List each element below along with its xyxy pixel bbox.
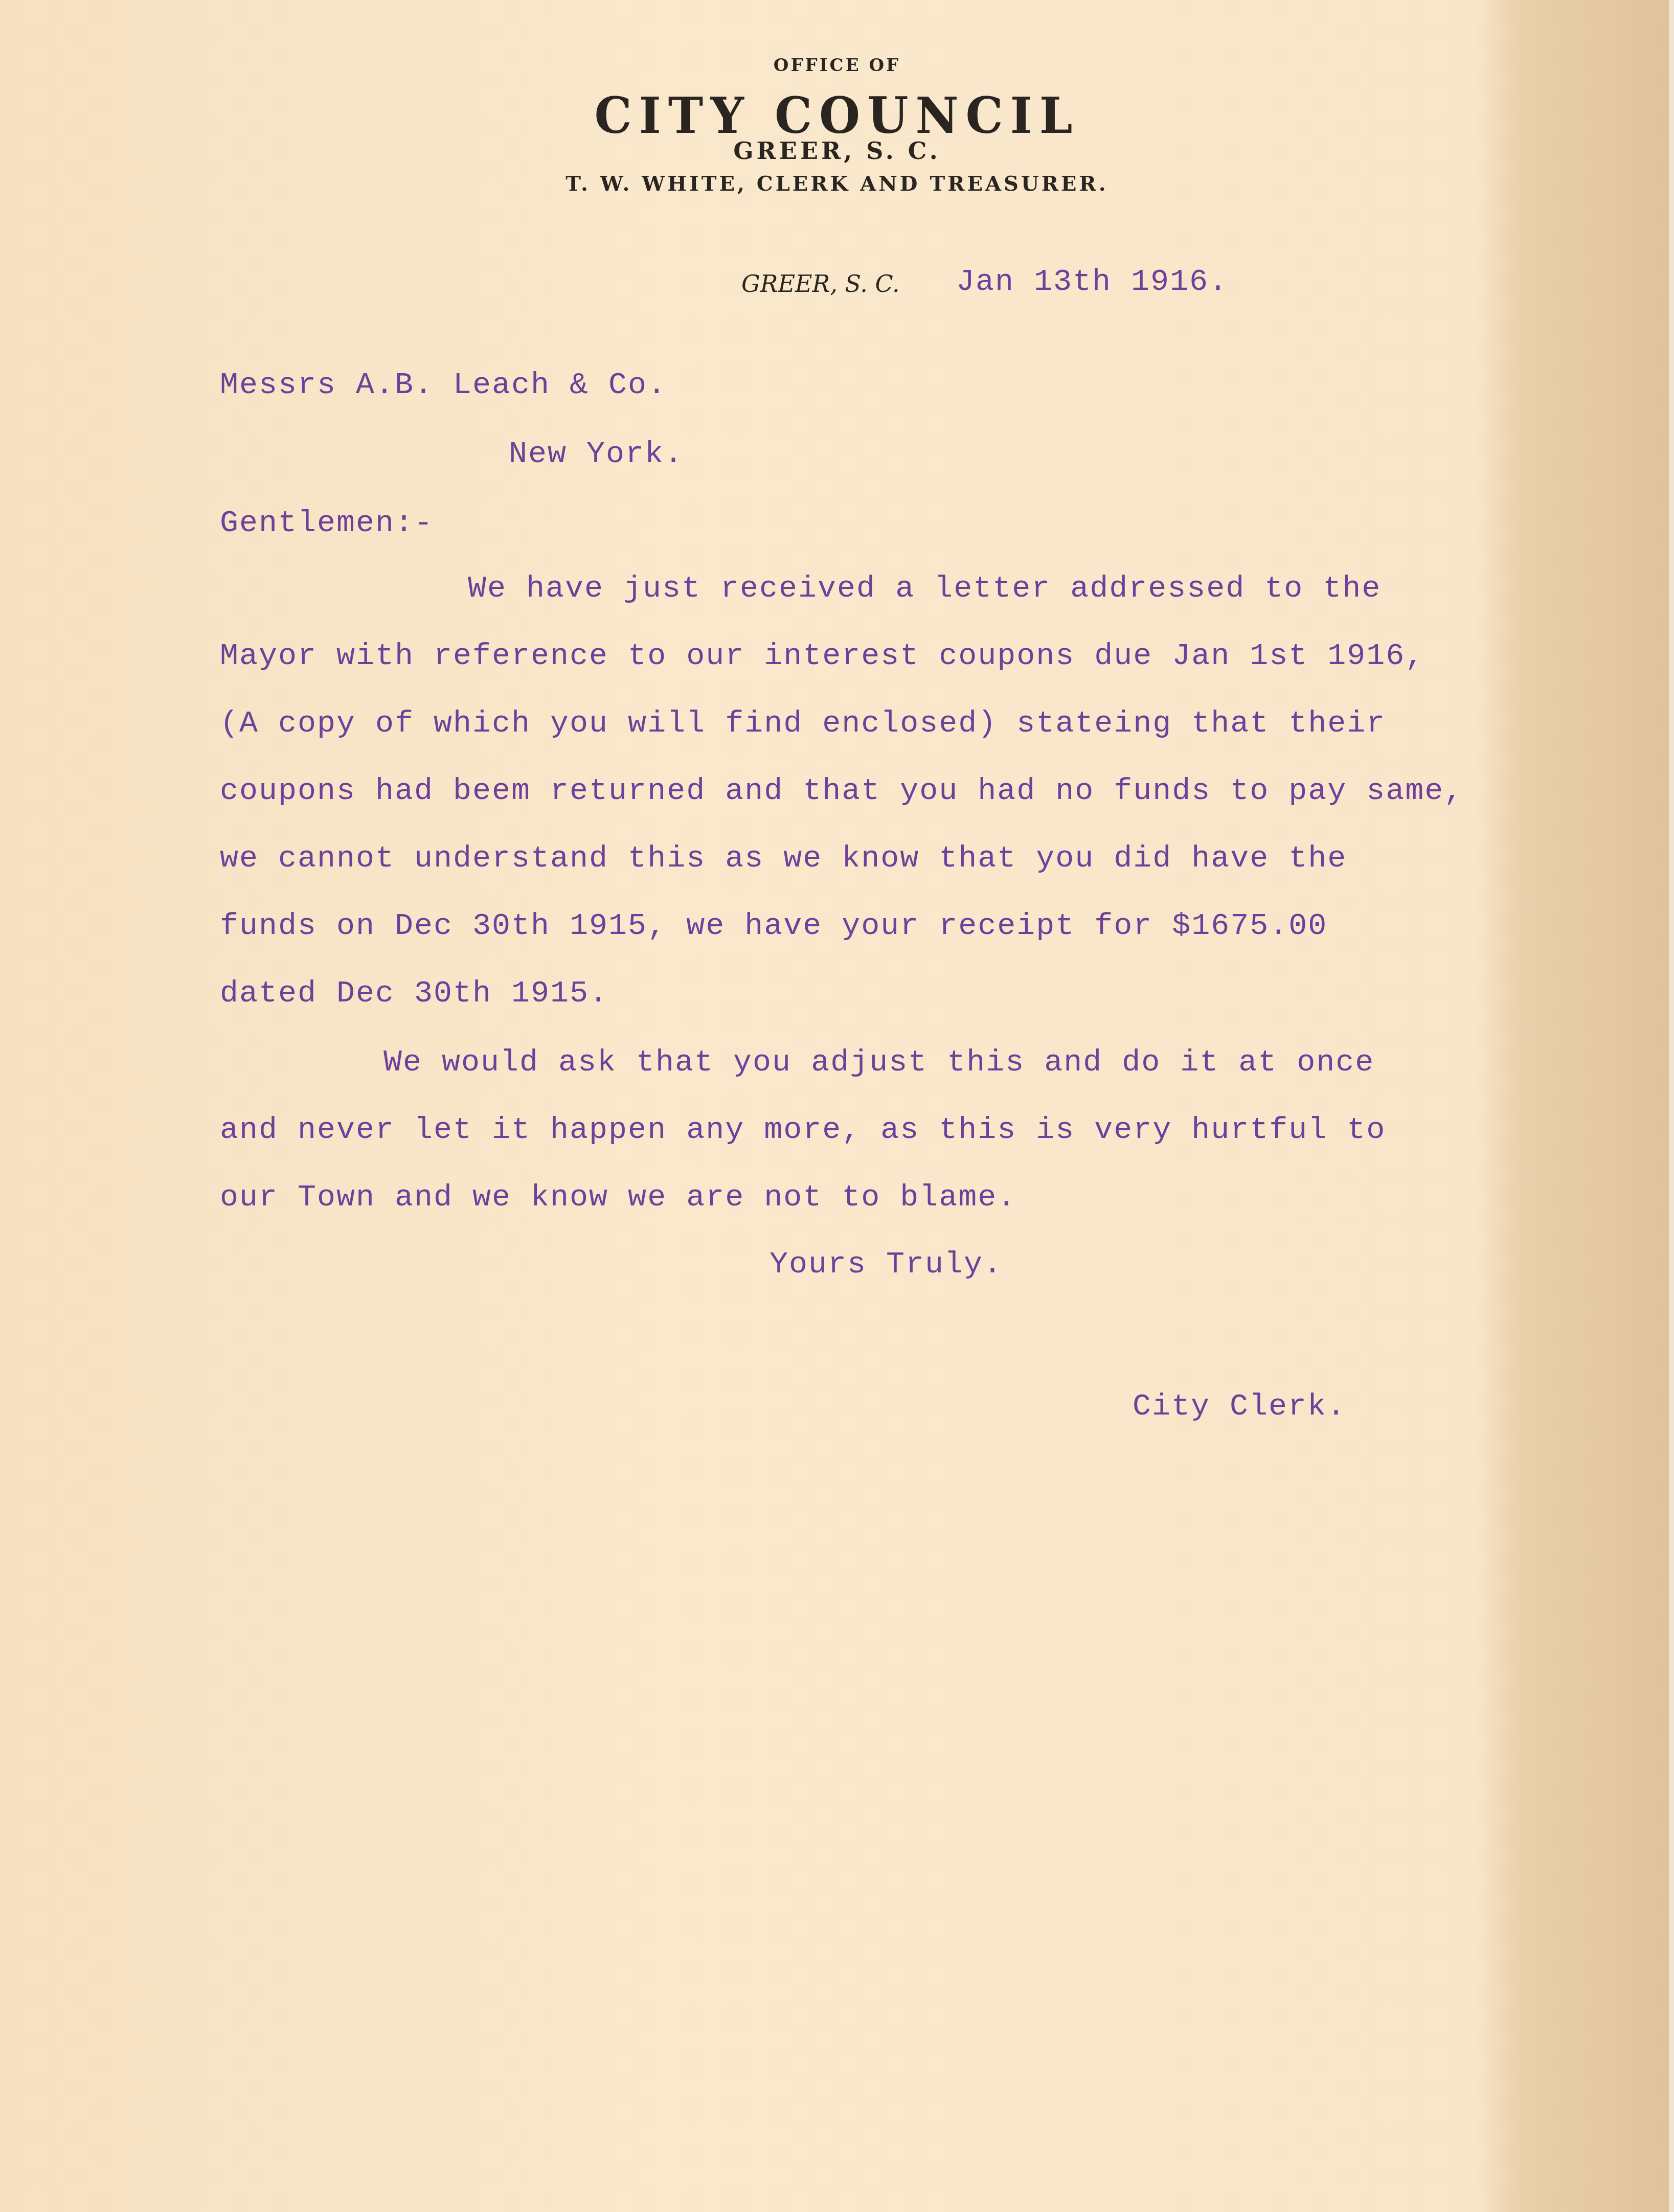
salutation: Gentlemen:- [220, 506, 434, 541]
body-line: We have just received a letter addressed… [468, 572, 1381, 606]
signature-title: City Clerk. [1133, 1389, 1346, 1424]
letter-paper [0, 0, 1674, 2212]
letterhead-office-of: OFFICE OF [0, 55, 1674, 76]
dateline-place: GREER, S. C. [741, 270, 900, 298]
body-line: our Town and we know we are not to blame… [220, 1180, 1016, 1215]
body-line: We would ask that you adjust this and do… [383, 1045, 1374, 1080]
body-line: and never let it happen any more, as thi… [220, 1113, 1386, 1148]
body-line: coupons had beem returned and that you h… [220, 774, 1463, 809]
addressee-name: Messrs A.B. Leach & Co. [220, 368, 667, 403]
letterhead-title: CITY COUNCIL [0, 86, 1674, 144]
paper-edge [1669, 0, 1674, 2212]
body-line: we cannot understand this as we know tha… [220, 841, 1347, 876]
addressee-city: New York. [509, 437, 684, 472]
body-line: dated Dec 30th 1915. [220, 976, 608, 1011]
body-line: funds on Dec 30th 1915, we have your rec… [220, 909, 1327, 944]
letterhead-officer: T. W. WHITE, CLERK AND TREASURER. [0, 172, 1674, 196]
letterhead-location: GREER, S. C. [0, 137, 1674, 165]
body-line: Mayor with reference to our interest cou… [220, 639, 1424, 674]
dateline-date: Jan 13th 1916. [956, 265, 1228, 300]
closing: Yours Truly. [770, 1247, 1003, 1282]
body-line: (A copy of which you will find enclosed)… [220, 706, 1386, 741]
